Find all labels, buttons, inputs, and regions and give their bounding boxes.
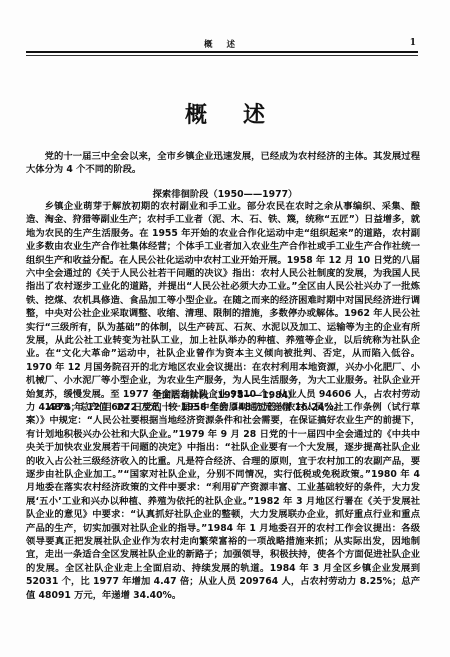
chapter-title: 概述 — [0, 98, 450, 129]
section-heading-exploration: 探索徘徊阶段（1950——1977） — [0, 186, 450, 200]
page-number: 1 — [410, 38, 416, 48]
section-body-exploration: 乡镇企业萌芽于解放初期的农村副业和手工业。部分农民在农时之余从事编织、采集、酿造… — [26, 200, 420, 415]
header-rule-thick — [26, 51, 418, 53]
section-heading-full-launch: 全面启动阶段（1978——1984） — [0, 387, 450, 401]
header-rule-thin — [26, 55, 418, 56]
running-head: 概述 1 — [26, 38, 418, 52]
section-body-full-launch: 1978 年 12 月 22 日党的十一届三中全会原则通过的《农村人民公社工作条… — [26, 401, 420, 602]
running-head-title: 概述 — [204, 38, 249, 50]
section-paragraph: 乡镇企业萌芽于解放初期的农村副业和手工业。部分农民在农时之余从事编织、采集、酿造… — [26, 200, 420, 415]
intro-paragraph: 党的十一届三中全会以来，全市乡镇企业迅速发展，已经成为农村经济的主体。其发展过程… — [26, 150, 420, 177]
section-paragraph: 1978 年 12 月 22 日党的十一届三中全会原则通过的《农村人民公社工作条… — [26, 401, 420, 602]
intro-text: 党的十一届三中全会以来，全市乡镇企业迅速发展，已经成为农村经济的主体。其发展过程… — [26, 150, 420, 177]
document-page: 概述 1 概述 党的十一届三中全会以来，全市乡镇企业迅速发展，已经成为农村经济的… — [0, 0, 450, 657]
